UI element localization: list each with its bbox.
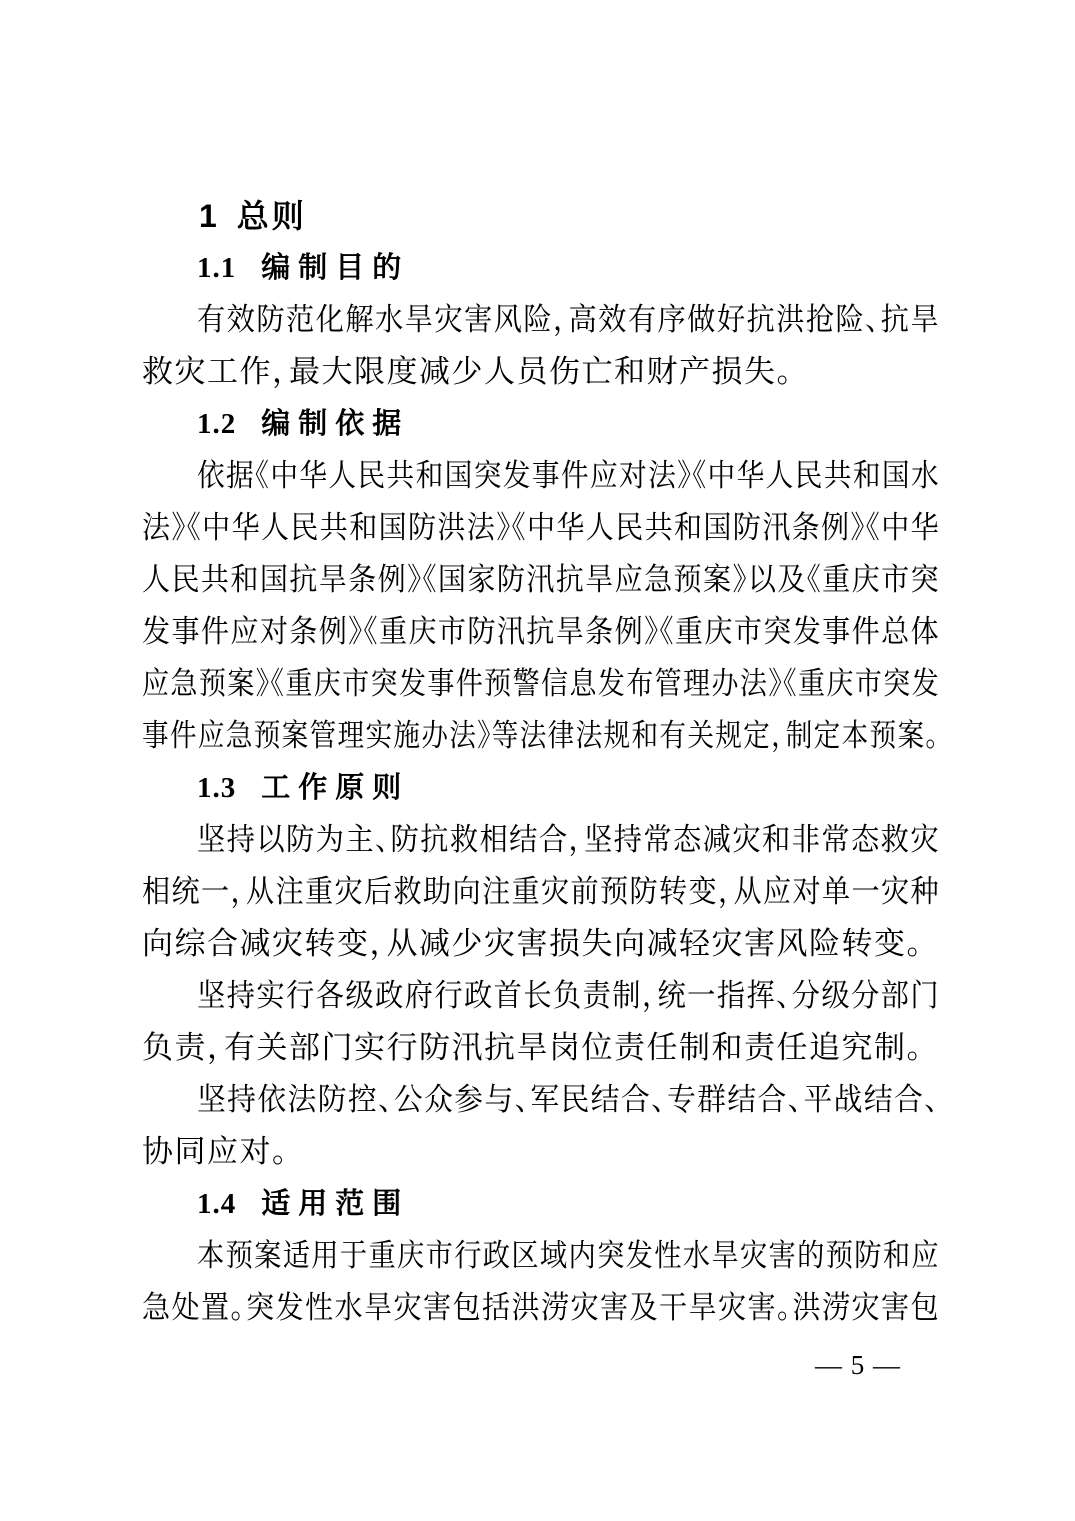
- page-number: — 5 —: [815, 1350, 901, 1380]
- paragraph-line: 人民共和国抗旱条例》《国家防汛抗旱应急预案》以及《重庆市突: [142, 554, 940, 606]
- paragraph-line: 发事件应对条例》《重庆市防汛抗旱条例》《重庆市突发事件总体: [142, 606, 940, 658]
- paragraph-line: 协同应对。: [142, 1126, 940, 1178]
- chapter-title: 总则: [237, 198, 307, 234]
- paragraph-line: 坚持实行各级政府行政首长负责制，统一指挥、分级分部门: [142, 970, 940, 1022]
- paragraph-line: 坚持依法防控、公众参与、军民结合、专群结合、平战结合、: [142, 1074, 940, 1126]
- paragraph-line: 向综合减灾转变，从减少灾害损失向减轻灾害风险转变。: [142, 918, 940, 970]
- chapter-heading: 1总则: [142, 190, 940, 242]
- section-title: 编制目的: [261, 252, 409, 284]
- section-title: 编制依据: [261, 408, 409, 440]
- paragraph-line: 有效防范化解水旱灾害风险，高效有序做好抗洪抢险、抗旱: [142, 294, 940, 346]
- document-body: 1总则 1.1编制目的 有效防范化解水旱灾害风险，高效有序做好抗洪抢险、抗旱 救…: [142, 190, 940, 1334]
- document-page: 1总则 1.1编制目的 有效防范化解水旱灾害风险，高效有序做好抗洪抢险、抗旱 救…: [0, 0, 1075, 1521]
- chapter-number: 1: [199, 198, 217, 234]
- paragraph-line: 本预案适用于重庆市行政区域内突发性水旱灾害的预防和应: [142, 1230, 940, 1282]
- paragraph-line: 依据《中华人民共和国突发事件应对法》《中华人民共和国水: [142, 450, 940, 502]
- section-number: 1.4: [197, 1188, 236, 1220]
- section-number: 1.3: [197, 772, 236, 804]
- section-heading-1-3: 1.3工作原则: [142, 762, 940, 814]
- paragraph-line: 法》《中华人民共和国防洪法》《中华人民共和国防汛条例》《中华: [142, 502, 940, 554]
- section-number: 1.2: [197, 408, 236, 440]
- section-number: 1.1: [197, 252, 236, 284]
- section-heading-1-1: 1.1编制目的: [142, 242, 940, 294]
- paragraph-line: 事件应急预案管理实施办法》等法律法规和有关规定，制定本预案。: [142, 710, 940, 762]
- section-title: 工作原则: [261, 772, 409, 804]
- paragraph-line: 负责，有关部门实行防汛抗旱岗位责任制和责任追究制。: [142, 1022, 940, 1074]
- paragraph-line: 急处置。突发性水旱灾害包括洪涝灾害及干旱灾害。洪涝灾害包: [142, 1282, 940, 1334]
- paragraph-line: 坚持以防为主、防抗救相结合，坚持常态减灾和非常态救灾: [142, 814, 940, 866]
- paragraph-line: 相统一，从注重灾后救助向注重灾前预防转变，从应对单一灾种: [142, 866, 940, 918]
- paragraph-line: 应急预案》《重庆市突发事件预警信息发布管理办法》《重庆市突发: [142, 658, 940, 710]
- section-heading-1-2: 1.2编制依据: [142, 398, 940, 450]
- section-title: 适用范围: [261, 1188, 409, 1220]
- section-heading-1-4: 1.4适用范围: [142, 1178, 940, 1230]
- paragraph-line: 救灾工作，最大限度减少人员伤亡和财产损失。: [142, 346, 940, 398]
